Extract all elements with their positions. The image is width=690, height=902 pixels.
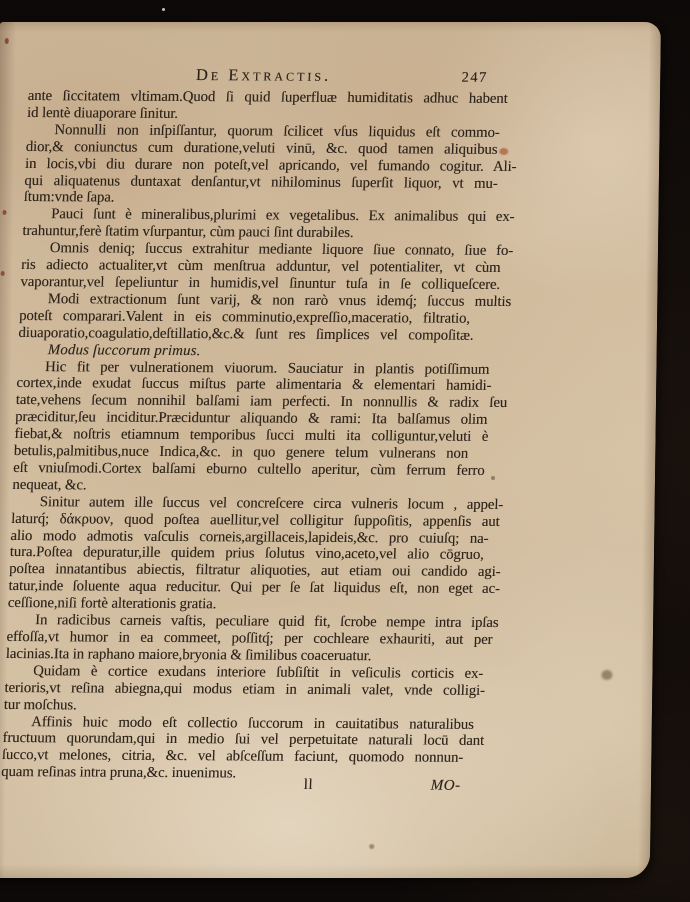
brown-spot-stain	[601, 670, 612, 680]
photo-background: { "header": { "title": "De Extractis.", …	[0, 0, 690, 902]
book-scan: De Extractis. 247 ante ſiccitatem vltima…	[0, 0, 690, 902]
page-footer: ll MO-	[0, 775, 493, 800]
spine-edge-speck	[5, 38, 9, 44]
small-bottom-stain	[369, 844, 374, 849]
spine-edge-speck	[2, 210, 6, 215]
running-title: De Extractis.	[28, 64, 521, 87]
running-header: De Extractis. 247	[28, 64, 521, 91]
text-block: De Extractis. 247 ante ſiccitatem vltima…	[0, 64, 521, 800]
catchword: MO-	[430, 778, 460, 795]
text-block-lines: ante ſiccitatem vltimam.Quod ſi quid ſup…	[1, 88, 520, 784]
text-line: terioris,vt reſina abiegna,qui modus eti…	[4, 680, 497, 700]
spine-edge-speck	[1, 271, 5, 276]
dust-speck	[162, 8, 165, 11]
signature-mark: ll	[303, 777, 313, 794]
page-number: 247	[461, 70, 488, 87]
